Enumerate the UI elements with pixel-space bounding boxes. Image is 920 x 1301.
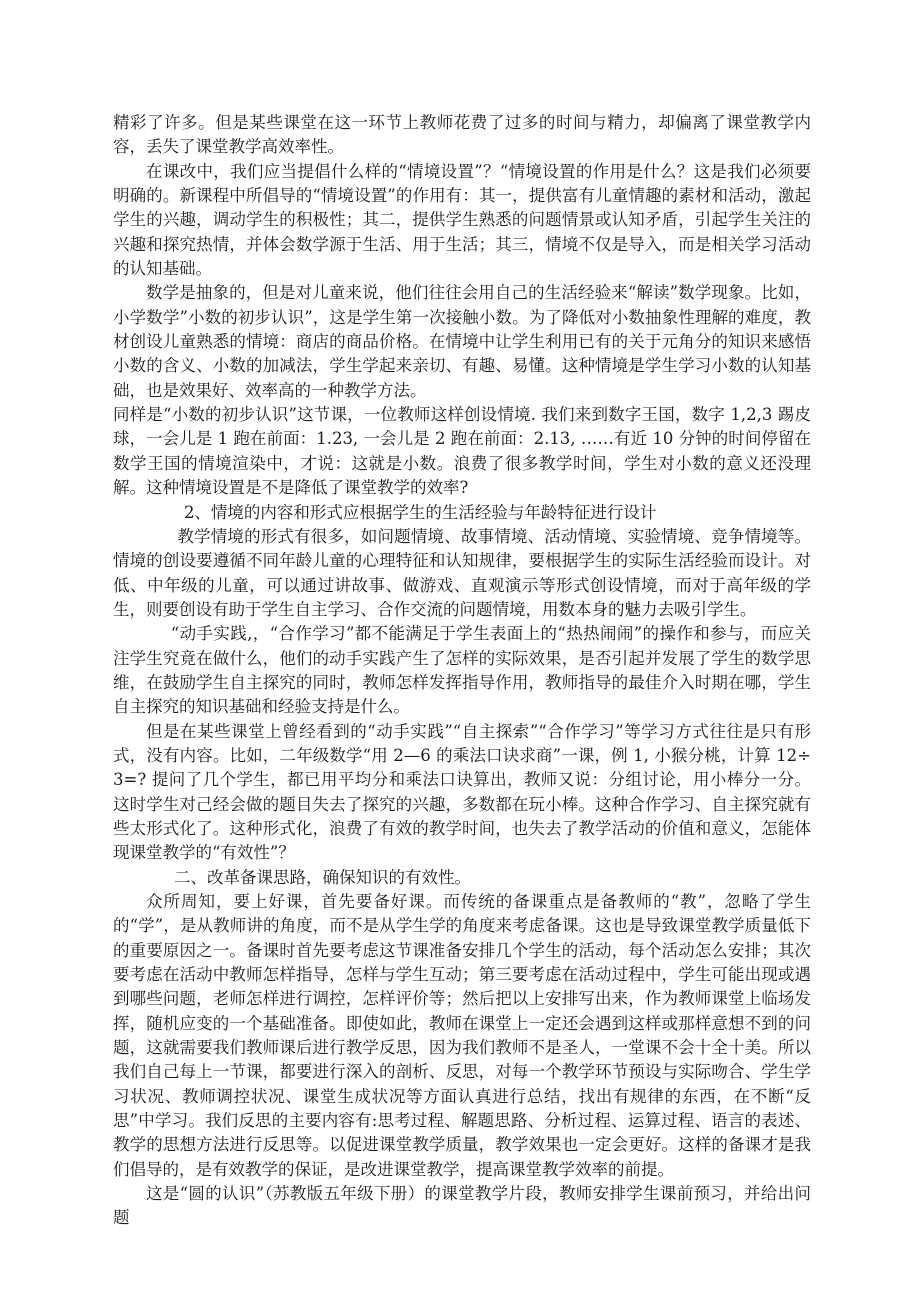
paragraph: 二、改革备课思路，确保知识的有效性。 xyxy=(113,866,811,890)
paragraph: 在课改中，我们应当提倡什么样的“情境设置”？“情境设置的作用是什么？这是我们必须… xyxy=(113,160,811,282)
paragraph: 这是“圆的认识”（苏教版五年级下册）的课堂教学片段，教师安排学生课前预习，并给出… xyxy=(113,1182,811,1231)
paragraph: 教学情境的形式有很多，如问题情境、故事情境、活动情境、实验情境、竞争情境等。情境… xyxy=(113,525,811,622)
document-text-block: 精彩了许多。但是某些课堂在这一环节上教师花费了过多的时间与精力，却偏离了课堂教学… xyxy=(113,111,811,1231)
paragraph: 同样是“小数的初步认识”这节课，一位教师这样创设情境. 我们来到数字王国，数字 … xyxy=(113,403,811,500)
paragraph: 但是在某些课堂上曾经看到的“动手实践”“自主探索”“合作学习”等学习方式往往是只… xyxy=(113,720,811,866)
paragraph: “动手实践,，“合作学习”都不能满足于学生表面上的“热热闹闹”的操作和参与，而应… xyxy=(113,622,811,719)
paragraph: 数学是抽象的，但是对儿童来说，他们往往会用自己的生活经验来“解读”数学现象。比如… xyxy=(113,281,811,403)
document-page: 精彩了许多。但是某些课堂在这一环节上教师花费了过多的时间与精力，却偏离了课堂教学… xyxy=(0,0,920,1301)
paragraph: 2、情境的内容和形式应根据学生的生活经验与年龄特征进行设计 xyxy=(113,501,811,525)
paragraph: 众所周知，要上好课，首先要备好课。而传统的备课重点是备教师的“教”，忽略了学生的… xyxy=(113,890,811,1182)
paragraph: 精彩了许多。但是某些课堂在这一环节上教师花费了过多的时间与精力，却偏离了课堂教学… xyxy=(113,111,811,160)
